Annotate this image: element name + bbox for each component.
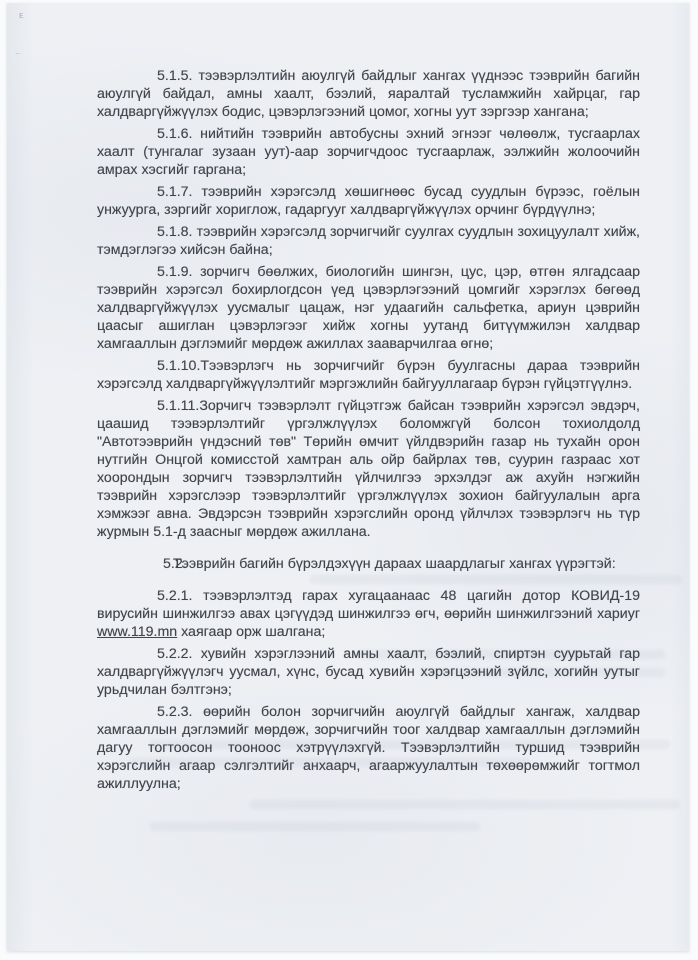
paragraph-5-1-5: 5.1.5. тээвэрлэлтийн аюулгүй байдлыг хан… (97, 67, 640, 121)
pencil-mark: ᴇ (19, 11, 23, 20)
link-119mn[interactable]: www.119.mn (97, 624, 177, 640)
document-body: 5.1.5. тээвэрлэлтийн аюулгүй байдлыг хан… (97, 67, 640, 951)
clause-number: 5.2. (130, 555, 173, 573)
paragraph-5-2-1: 5.2.1. тээвэрлэлтэд гарах хугацаанаас 48… (97, 587, 640, 641)
pencil-mark: .. (15, 47, 20, 56)
paragraph-5-1-6: 5.1.6. нийтийн тээврийн автобусны эхний … (97, 125, 640, 179)
scanned-paper-sheet: ᴇ .. 5.1.5. тээвэрлэлтийн аюулгүй байдлы… (7, 3, 689, 951)
paragraph-5-1-11: 5.1.11.Зорчигч тээвэрлэлт гүйцэтгэж байс… (97, 397, 640, 541)
paragraph-5-1-8: 5.1.8. тээврийн хэрэгсэлд зорчигчийг суу… (97, 223, 640, 259)
paragraph-5-2-3: 5.2.3. өөрийн болон зорчигчийн аюулгүй б… (97, 703, 640, 793)
clause-text: Тээврийн багийн бүрэлдэхүүн дараах шаард… (173, 556, 616, 572)
paragraph-5-1-9: 5.1.9. зорчигч бөөлжих, биологийн шингэн… (97, 263, 640, 353)
clause-text: хаягаар орж шалгана; (181, 624, 325, 640)
paragraph-5-2-2: 5.2.2. хувийн хэрэглээний амны хаалт, бэ… (97, 645, 640, 699)
paragraph-5-2: 5.2.Тээврийн багийн бүрэлдэхүүн дараах ш… (97, 555, 640, 573)
clause-text: 5.2.1. тээвэрлэлтэд гарах хугацаанаас 48… (97, 588, 640, 622)
paragraph-5-1-7: 5.1.7. тээврийн хэрэгсэлд хөшигнөөс буса… (97, 183, 640, 219)
paragraph-5-1-10: 5.1.10.Тээвэрлэгч нь зорчигчийг бүрэн бу… (97, 357, 640, 393)
